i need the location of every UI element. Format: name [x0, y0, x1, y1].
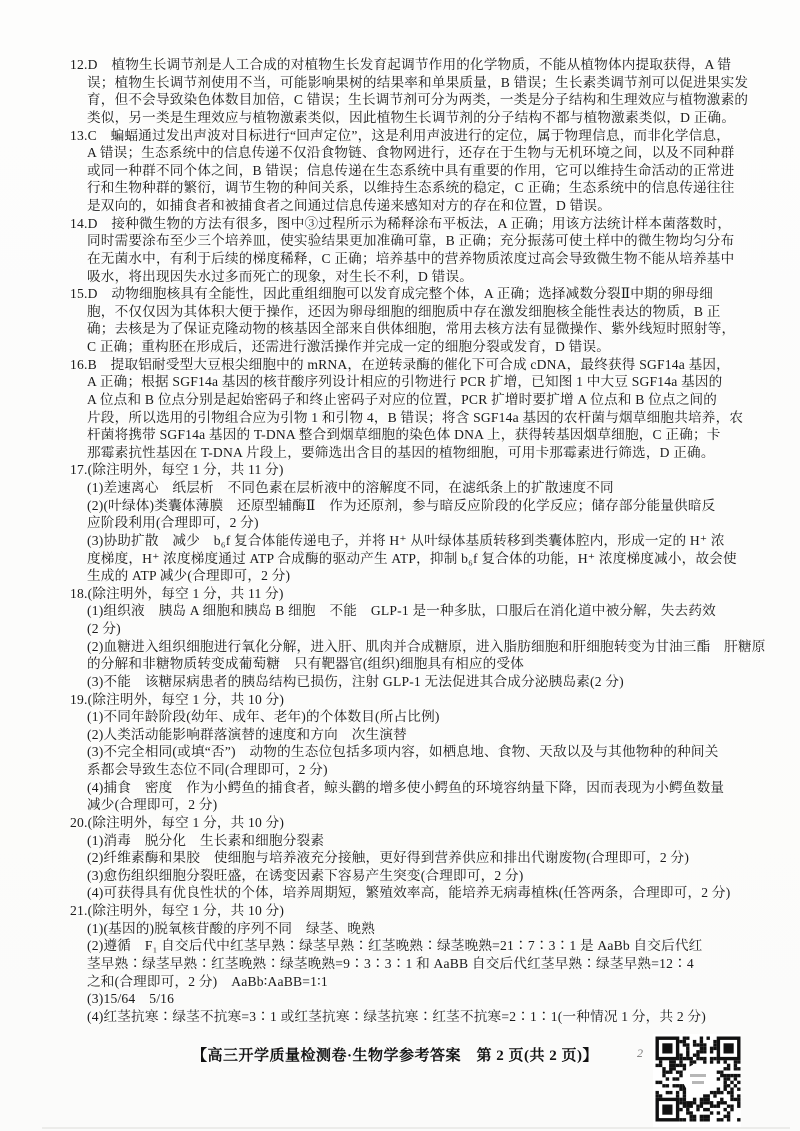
- page-number: 2: [637, 1046, 643, 1061]
- answer-line: (2 分): [70, 620, 746, 638]
- answer-line: 茎早熟∶绿茎早熟∶红茎晚熟∶绿茎晚熟=9∶3∶3∶1 和 AaBB 自交后代红茎…: [70, 955, 746, 973]
- answer-line: (1)组织液 胰岛 A 细胞和胰岛 B 细胞 不能 GLP-1 是一种多肽，口服…: [70, 602, 746, 620]
- answer-line: 减少(合理即可，2 分): [70, 796, 746, 814]
- answer-line: (2)人类活动能影响群落演替的速度和方向 次生演替: [70, 726, 746, 744]
- answer-line: 那霉素抗性基因在 T-DNA 片段上，要筛选出含目的基因的植物细胞，可用卡那霉素…: [70, 444, 746, 462]
- answer-line: C 正确；重构胚在形成后，还需进行激活操作并完成一定的细胞分裂或发育，D 错误。: [70, 338, 746, 356]
- answer-line: (2)纤维素酶和果胶 使细胞与培养液充分接触，更好得到营养供应和排出代谢废物(合…: [70, 849, 746, 867]
- answer-line: 19.(除注明外，每空 1 分，共 10 分): [70, 691, 746, 709]
- answer-item-13: 13.C 蝙蝠通过发出声波对目标进行“回声定位”，这是利用声波进行的定位，属于物…: [70, 127, 746, 215]
- answer-item-21: 21.(除注明外，每空 1 分，共 10 分)(1)(基因的)脱氧核苷酸的序列不…: [70, 902, 746, 1025]
- answer-line: 17.(除注明外，每空 1 分，共 11 分): [70, 461, 746, 479]
- answer-item-20: 20.(除注明外，每空 1 分，共 10 分)(1)消毒 脱分化 生长素和细胞分…: [70, 814, 746, 902]
- answer-line: 误；植物生长调节剂使用不当，可能影响果树的结果率和单果质量，B 错误；生长素类调…: [70, 74, 746, 92]
- answer-line: 15.D 动物细胞核具有全能性，因此重组细胞可以发育成完整个体，A 正确；选择减…: [70, 285, 746, 303]
- answer-line: 20.(除注明外，每空 1 分，共 10 分): [70, 814, 746, 832]
- answer-line: (3)愈伤组织细胞分裂旺盛，在诱变因素下容易产生突变(合理即可，2 分): [70, 867, 746, 885]
- answer-line: (1)消毒 脱分化 生长素和细胞分裂素: [70, 832, 746, 850]
- scanned-answer-page: 12.D 植物生长调节剂是人工合成的对植物生长发育起调节作用的化学物质，不能从植…: [0, 0, 800, 1131]
- answer-line: 胞，不仅仅因为其体积大便于操作，还因为卵母细胞的细胞质中存在激发细胞核全能性表达…: [70, 303, 746, 321]
- answer-item-15: 15.D 动物细胞核具有全能性，因此重组细胞可以发育成完整个体，A 正确；选择减…: [70, 285, 746, 356]
- answer-line: (3)协助扩散 减少 b₆f 复合体能传递电子，并将 H⁺ 从叶绿体基质转移到类…: [70, 532, 746, 550]
- answer-line: 育，但不会导致染色体数目加倍，C 错误；生长调节剂可分为两类，一类是分子结构和生…: [70, 91, 746, 109]
- answer-line: (3)不完全相同(或填“否”) 动物的生态位包括多项内容，如栖息地、食物、天敌以…: [70, 743, 746, 761]
- answer-line: (1)不同年龄阶段(幼年、成年、老年)的个体数目(所占比例): [70, 708, 746, 726]
- answer-line: (2)(叶绿体)类囊体薄膜 还原型辅酶Ⅱ 作为还原剂，参与暗反应阶段的化学反应；…: [70, 497, 746, 515]
- answer-item-17: 17.(除注明外，每空 1 分，共 11 分)(1)差速离心 纸层析 不同色素在…: [70, 461, 746, 584]
- answer-line: 系都会导致生态位不同(合理即可，2 分): [70, 761, 746, 779]
- answer-line: (2)血糖进入组织细胞进行氧化分解，进入肝、肌肉并合成糖原，进入脂肪细胞和肝细胞…: [70, 638, 746, 656]
- answer-line: 21.(除注明外，每空 1 分，共 10 分): [70, 902, 746, 920]
- answer-line: A 正确；根据 SGF14a 基因的核苷酸序列设计相应的引物进行 PCR 扩增，…: [70, 373, 746, 391]
- answer-line: 片段，所以选用的引物组合应为引物 1 和引物 4，B 错误；将含 SGF14a …: [70, 409, 746, 427]
- answer-line: 是双向的，如捕食者和被捕食者之间通过信息传递来感知对方的存在和位置，D 错误。: [70, 197, 746, 215]
- answer-line: 类似，另一类是生理效应与植物激素类似，因此植物生长调节剂的分子结构不都与植物激素…: [70, 109, 746, 127]
- answer-line: A 位点和 B 位点分别是起始密码子和终止密码子对应的位置，PCR 扩增时要扩增…: [70, 391, 746, 409]
- answer-line: 13.C 蝙蝠通过发出声波对目标进行“回声定位”，这是利用声波进行的定位，属于物…: [70, 127, 746, 145]
- answer-line: 的分解和非糖物质转变成葡萄糖 只有靶器官(组织)细胞具有相应的受体: [70, 655, 746, 673]
- answer-line: (3)不能 该糖尿病患者的胰岛结构已损伤，注射 GLP-1 无法促进其合成分泌胰…: [70, 673, 746, 691]
- answer-line: 杆菌将携带 SGF14a 基因的 T-DNA 整合到烟草细胞的染色体 DNA 上…: [70, 426, 746, 444]
- qr-code: [653, 1034, 741, 1127]
- answer-line: 18.(除注明外，每空 1 分，共 11 分): [70, 585, 746, 603]
- answer-line: 16.B 提取铝耐受型大豆根尖细胞中的 mRNA，在逆转录酶的催化下可合成 cD…: [70, 356, 746, 374]
- scan-edge-divider: [42, 1127, 790, 1129]
- answer-line: 在无菌水中，有利于后续的梯度稀释，C 正确；培养基中的营养物质浓度过高会导致微生…: [70, 250, 746, 268]
- answer-line: 或同一种群不同个体之间，B 错误；信息传递在生态系统中具有重要的作用，它可以维持…: [70, 162, 746, 180]
- answer-item-18: 18.(除注明外，每空 1 分，共 11 分)(1)组织液 胰岛 A 细胞和胰岛…: [70, 585, 746, 691]
- answer-item-16: 16.B 提取铝耐受型大豆根尖细胞中的 mRNA，在逆转录酶的催化下可合成 cD…: [70, 356, 746, 462]
- answer-line: 行和生物种群的繁衍，调节生物的种间关系，以维持生态系统的稳定，C 正确；生态系统…: [70, 179, 746, 197]
- answer-line: A 错误；生态系统中的信息传递不仅沿食物链、食物网进行，还存在于生物与无机环境之…: [70, 144, 746, 162]
- answer-item-12: 12.D 植物生长调节剂是人工合成的对植物生长发育起调节作用的化学物质，不能从植…: [70, 56, 746, 127]
- answer-line: 14.D 接种微生物的方法有很多，图中③过程所示为稀释涂布平板法，A 正确；用该…: [70, 215, 746, 233]
- answer-line: (4)可获得具有优良性状的个体，培养周期短，繁殖效率高，能培养无病毒植株(任答两…: [70, 884, 746, 902]
- answer-line: 生成的 ATP 减少(合理即可，2 分): [70, 567, 746, 585]
- answer-line: 同时需要涂布至少三个培养皿，使实验结果更加准确可靠，B 正确；充分振荡可使土样中…: [70, 232, 746, 250]
- answer-line: 度梯度，H⁺ 浓度梯度通过 ATP 合成酶的驱动产生 ATP，抑制 b₆f 复合…: [70, 550, 746, 568]
- answer-item-19: 19.(除注明外，每空 1 分，共 10 分)(1)不同年龄阶段(幼年、成年、老…: [70, 691, 746, 814]
- answer-line: (1)(基因的)脱氧核苷酸的序列不同 绿茎、晚熟: [70, 920, 746, 938]
- answer-item-14: 14.D 接种微生物的方法有很多，图中③过程所示为稀释涂布平板法，A 正确；用该…: [70, 215, 746, 286]
- answer-line: 之和(合理即可，2 分) AaBb∶AaBB=1∶1: [70, 973, 746, 991]
- answer-line: (3)15/64 5/16: [70, 990, 746, 1008]
- answer-line: (1)差速离心 纸层析 不同色素在层析液中的溶解度不同，在滤纸条上的扩散速度不同: [70, 479, 746, 497]
- answer-line: 12.D 植物生长调节剂是人工合成的对植物生长发育起调节作用的化学物质，不能从植…: [70, 56, 746, 74]
- answer-line: (2)遵循 F₁ 自交后代中红茎早熟∶绿茎早熟∶红茎晚熟∶绿茎晚熟=21∶7∶3…: [70, 937, 746, 955]
- answer-line: 吸水，将出现因失水过多而死亡的现象，对生长不利，D 错误。: [70, 268, 746, 286]
- answer-line: 确；去核是为了保证克隆动物的核基因全部来自供体细胞，常用去核方法有显微操作、紫外…: [70, 320, 746, 338]
- answer-line: (4)捕食 密度 作为小鳄鱼的捕食者，鲸头鹳的增多使小鳄鱼的环境容纳量下降，因而…: [70, 779, 746, 797]
- answer-line: (4)红茎抗寒∶绿茎不抗寒=3∶1 或红茎抗寒∶绿茎抗寒∶红茎不抗寒=2∶1∶1…: [70, 1008, 746, 1026]
- answers-list: 12.D 植物生长调节剂是人工合成的对植物生长发育起调节作用的化学物质，不能从植…: [70, 56, 746, 1025]
- answer-line: 应阶段利用(合理即可，2 分): [70, 514, 746, 532]
